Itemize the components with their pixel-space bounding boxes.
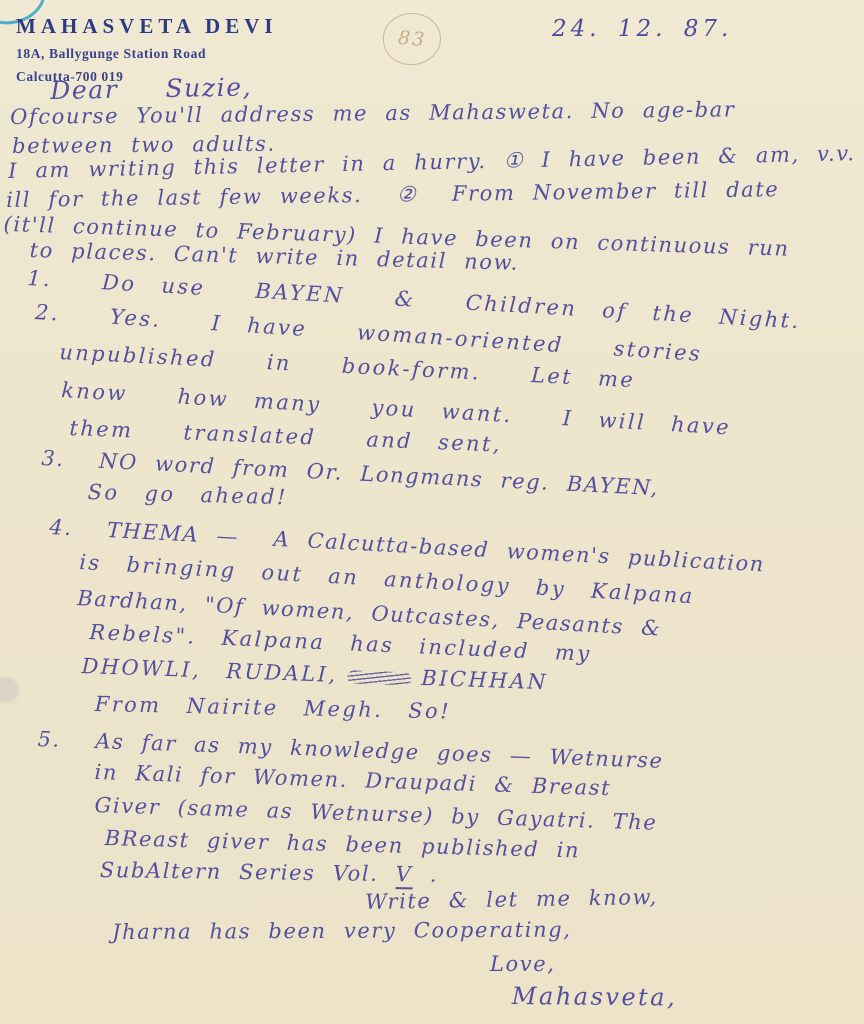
letterhead-address-line1: 18A, Ballygunge Station Road	[16, 46, 278, 62]
letter-line-part: .	[412, 862, 438, 886]
letter-line: From Nairite Megh. So!	[94, 692, 451, 723]
scribbled-out-word	[347, 670, 411, 685]
salutation: Dear Suzie,	[50, 72, 252, 105]
letter-line: BReast giver has been published in	[104, 826, 580, 862]
letter-page: MAHASVETA DEVI 18A, Ballygunge Station R…	[0, 0, 864, 1024]
letter-line: Write & let me know,	[365, 885, 658, 914]
page-number-stamp: 83	[380, 10, 444, 69]
letterhead-name: MAHASVETA DEVI	[16, 14, 278, 39]
date-annotation: 24. 12. 87.	[552, 16, 732, 42]
volume-numeral: V	[396, 862, 413, 889]
letter-line-part: BICHHAN	[421, 666, 549, 694]
letter-line-part: DHOWLI, RUDALI,	[81, 654, 338, 687]
page-number: 83	[397, 27, 427, 51]
letter-line-volume: SubAltern Series Vol. V .	[100, 858, 439, 887]
letter-line-part: SubAltern Series Vol.	[100, 858, 396, 886]
closing: Love,	[490, 952, 556, 976]
signature: Mahasveta,	[512, 982, 678, 1011]
letter-line: So go ahead!	[87, 480, 288, 509]
letter-line: Jharna has been very Cooperating,	[112, 918, 572, 944]
hole-punch-mark	[0, 678, 18, 702]
letter-line: ill for the last few weeks. ② From Novem…	[6, 177, 780, 212]
